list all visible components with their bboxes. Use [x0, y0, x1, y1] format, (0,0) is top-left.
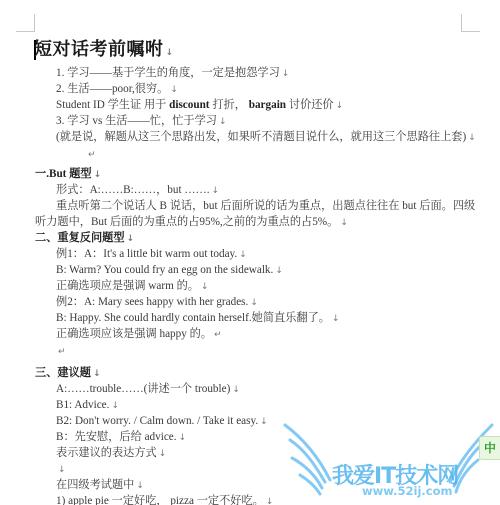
section-line[interactable]: B: Warm? You could fry an egg on the sid…	[56, 263, 283, 278]
section-line[interactable]: A:……trouble……(讲述一个 trouble)↓	[56, 382, 240, 397]
section-line[interactable]: 在四级考试题中↓	[56, 478, 144, 493]
intro-line-4[interactable]: 3. 学习 vs 生活——忙，忙于学习↓	[56, 114, 227, 129]
section-line[interactable]: 正确选项应该是强调 happy 的。↵	[56, 327, 222, 342]
section-line[interactable]: 1) apple pie 一定好吃， pizza 一定不好吃。↓	[56, 494, 273, 505]
page-corner-mark-top-left	[16, 14, 35, 32]
section-line[interactable]: B：先安慰，后给 advice.↓	[56, 430, 186, 445]
wings-icon	[280, 420, 500, 505]
section-line[interactable]: 听力题中，But 后面的为重点的占95%,之前的为重点的占5%。↓	[35, 215, 348, 230]
intro-line-1[interactable]: 1. 学习——基于学生的角度，一定是抱怨学习↓	[56, 66, 289, 81]
ime-status-badge[interactable]: 中	[479, 436, 500, 460]
empty-paragraph[interactable]: ↵	[86, 147, 96, 162]
section-heading-advice[interactable]: 三、建议题↓	[35, 366, 101, 381]
section-line[interactable]: B: Happy. She could hardly contain herse…	[56, 311, 340, 326]
section-heading-but[interactable]: 一.But 题型↓	[35, 167, 101, 182]
intro-line-3[interactable]: Student ID 学生证 用于 discount 打折， bargain 讨…	[56, 98, 343, 113]
site-watermark: 我爱IT技术网 www.52ij.com	[280, 420, 500, 505]
empty-paragraph[interactable]: ↓	[56, 462, 66, 477]
section-line[interactable]: 例2：A: Mary sees happy with her grades.↓	[56, 295, 258, 310]
section-line[interactable]: 例1：A：It's a little bit warm out today.↓	[56, 247, 247, 262]
section-line[interactable]: 正确选项应是强调 warm 的。↓	[56, 279, 209, 294]
watermark-text: 我爱IT技术网	[332, 459, 458, 490]
section-heading-repeat-question[interactable]: 二、重复反问题型↓	[35, 231, 134, 246]
page-corner-mark-top-right	[461, 14, 480, 32]
intro-line-2[interactable]: 2. 生活——poor,很穷。↓	[56, 82, 178, 97]
section-line[interactable]: 重点听第二个说话人 B 说话，but 后面所说的话为重点，出题点往往在 but …	[56, 199, 475, 213]
paragraph-mark: ↓	[166, 48, 174, 58]
section-line[interactable]: 表示建议的表达方式↓	[56, 446, 166, 461]
section-line[interactable]: 形式：A:……B:……，but …….↓	[56, 183, 219, 198]
section-line[interactable]: B2: Don't worry. / Calm down. / Take it …	[56, 414, 268, 429]
empty-paragraph[interactable]: ↵	[56, 344, 66, 359]
document-title[interactable]: 短对话考前嘱咐↓	[34, 38, 174, 64]
watermark-url: www.52ij.com	[362, 484, 452, 498]
intro-line-5[interactable]: (就是说，解题从这三个思路出发，如果听不清题目说什么，就用这三个思路往上套)↓	[56, 130, 476, 145]
section-line[interactable]: B1: Advice.↓	[56, 398, 119, 413]
